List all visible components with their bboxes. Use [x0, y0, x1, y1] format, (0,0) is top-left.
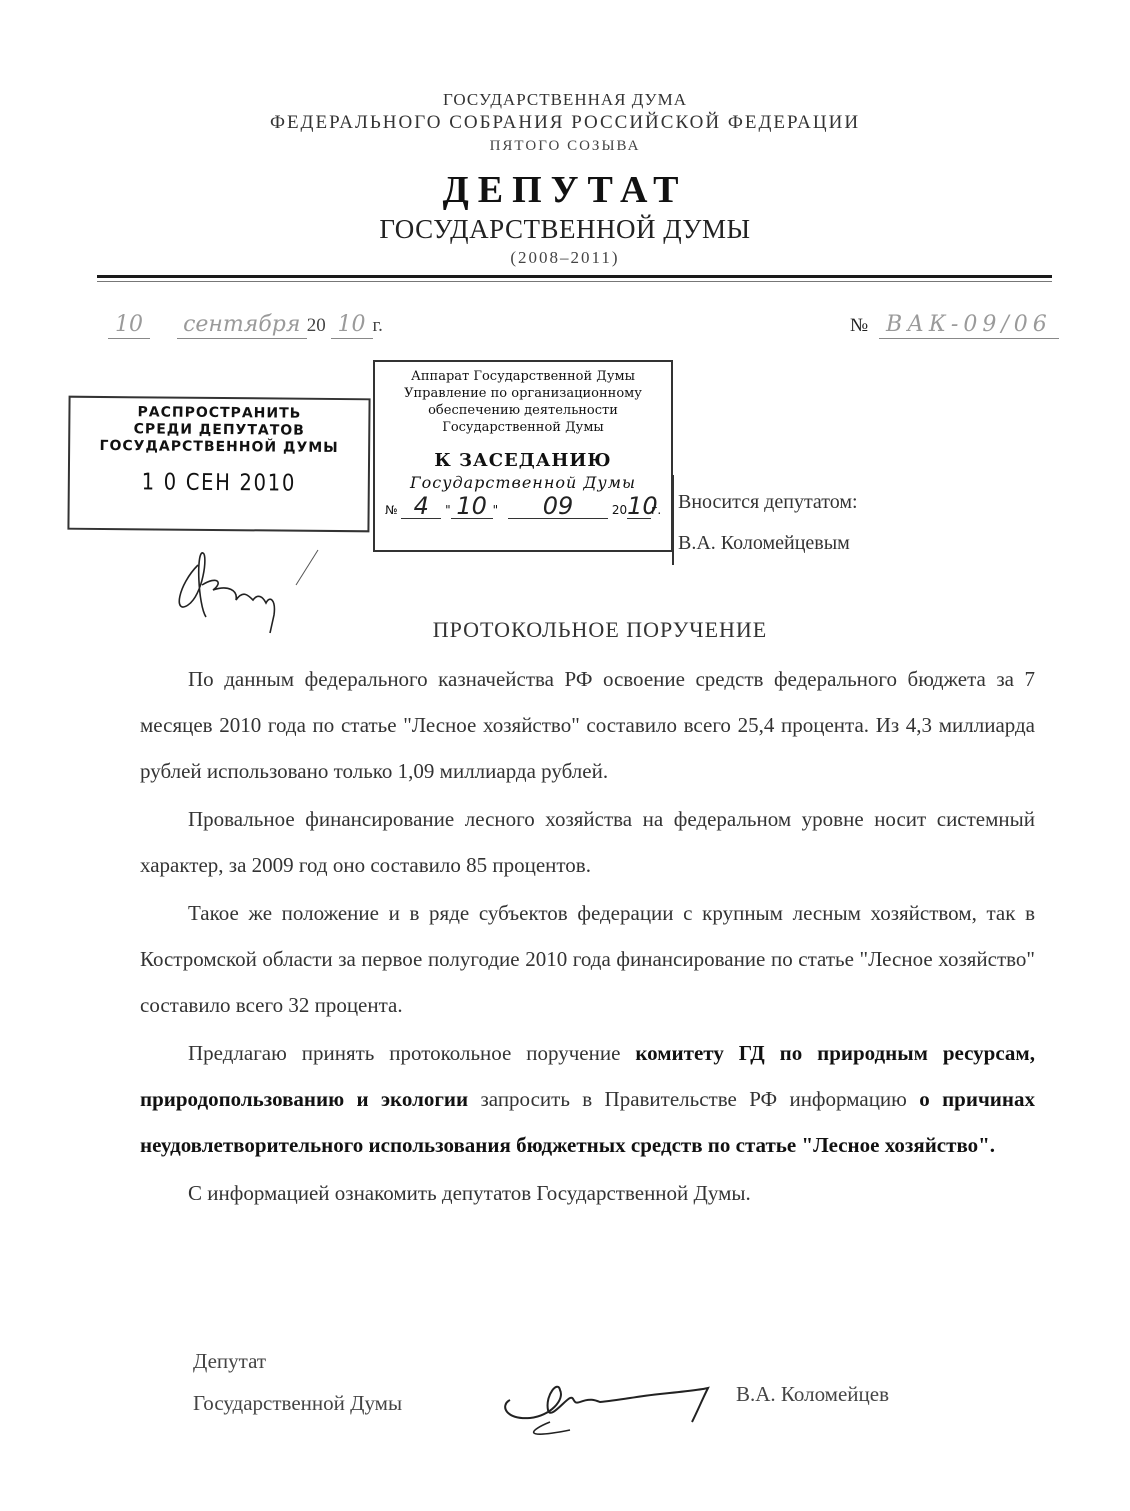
stamp-month: 09 [508, 494, 608, 519]
stamp-line: РАСПРОСТРАНИТЬ [70, 398, 368, 424]
letterhead-title: ДЕПУТАТ [0, 168, 1130, 212]
document-reference: № ВАК-09/06 [850, 312, 1059, 339]
submitted-name: В.А. Коломейцевым [678, 523, 858, 564]
stamp-number-label: № [385, 503, 397, 517]
author-signature-icon [490, 1360, 730, 1450]
signatory-position-line: Государственной Думы [193, 1382, 402, 1424]
reference-number: ВАК-09/06 [879, 312, 1059, 339]
distribute-stamp: РАСПРОСТРАНИТЬ СРЕДИ ДЕПУТАТОВ ГОСУДАРСТ… [67, 396, 370, 533]
signatory-position: Депутат Государственной Думы [193, 1340, 402, 1424]
document-title: ПРОТОКОЛЬНОЕ ПОРУЧЕНИЕ [0, 617, 1130, 643]
stamp-year-prefix: 20 [612, 503, 627, 517]
stamp-date: 1 0 СЕН 2010 [92, 469, 346, 497]
stamp-edge-bar [672, 475, 674, 565]
letterhead-term: (2008–2011) [0, 248, 1130, 268]
date-year-mark: г. [373, 315, 383, 336]
proposal-text: Предлагаю принять протокольное поручение [188, 1041, 635, 1065]
body-paragraph: По данным федерального казначейства РФ о… [140, 656, 1035, 794]
org-name-line1: ГОСУДАРСТВЕННАЯ ДУМА [0, 90, 1130, 110]
letterhead-subtitle: ГОСУДАРСТВЕННОЙ ДУМЫ [0, 214, 1130, 245]
stamp-line: Управление по организационному [375, 385, 671, 402]
header-rule-thin [97, 281, 1052, 282]
signatory-position-line: Депутат [193, 1340, 402, 1382]
stamp-subtitle: Государственной Думы [375, 473, 671, 492]
stamp-number-line: № 4 "10" 09 2010г. [375, 494, 671, 519]
stamp-title: К ЗАСЕДАНИЮ [375, 450, 671, 471]
header-rule-thick [97, 275, 1052, 278]
stamp-day: 10 [451, 494, 493, 519]
stamp-year-suffix: 10 [627, 494, 651, 519]
date-month: сентября [177, 312, 307, 339]
stamp-number: 4 [401, 494, 441, 519]
session-stamp: Аппарат Государственной Думы Управление … [373, 360, 673, 552]
stamp-year-mark: г. [651, 503, 661, 517]
body-paragraph: Такое же положение и в ряде субъектов фе… [140, 890, 1035, 1028]
date-year-prefix: 20 [307, 315, 326, 336]
document-body: По данным федерального казначейства РФ о… [140, 656, 1035, 1218]
signatory-name: В.А. Коломейцев [736, 1382, 889, 1407]
body-paragraph-proposal: Предлагаю принять протокольное поручение… [140, 1030, 1035, 1168]
reference-label: № [850, 315, 868, 336]
submitted-by: Вносится депутатом: В.А. Коломейцевым [678, 482, 858, 564]
stamp-line: Государственной Думы [375, 419, 671, 436]
convocation: ПЯТОГО СОЗЫВА [0, 138, 1130, 155]
proposal-text: запросить в Правительстве РФ информацию [468, 1087, 919, 1111]
stamp-line: обеспечению деятельности [375, 402, 671, 419]
document-date: 10 сентября20 10г. [108, 312, 383, 339]
date-year-suffix: 10 [331, 312, 373, 339]
stamp-line: ГОСУДАРСТВЕННОЙ ДУМЫ [70, 438, 368, 458]
date-day: 10 [108, 312, 150, 339]
org-name-line2: ФЕДЕРАЛЬНОГО СОБРАНИЯ РОССИЙСКОЙ ФЕДЕРАЦ… [0, 112, 1130, 134]
body-paragraph: С информацией ознакомить депутатов Госуд… [140, 1170, 1035, 1216]
body-paragraph: Провальное финансирование лесного хозяйс… [140, 796, 1035, 888]
submitted-label: Вносится депутатом: [678, 482, 858, 523]
stamp-line: Аппарат Государственной Думы [375, 362, 671, 385]
